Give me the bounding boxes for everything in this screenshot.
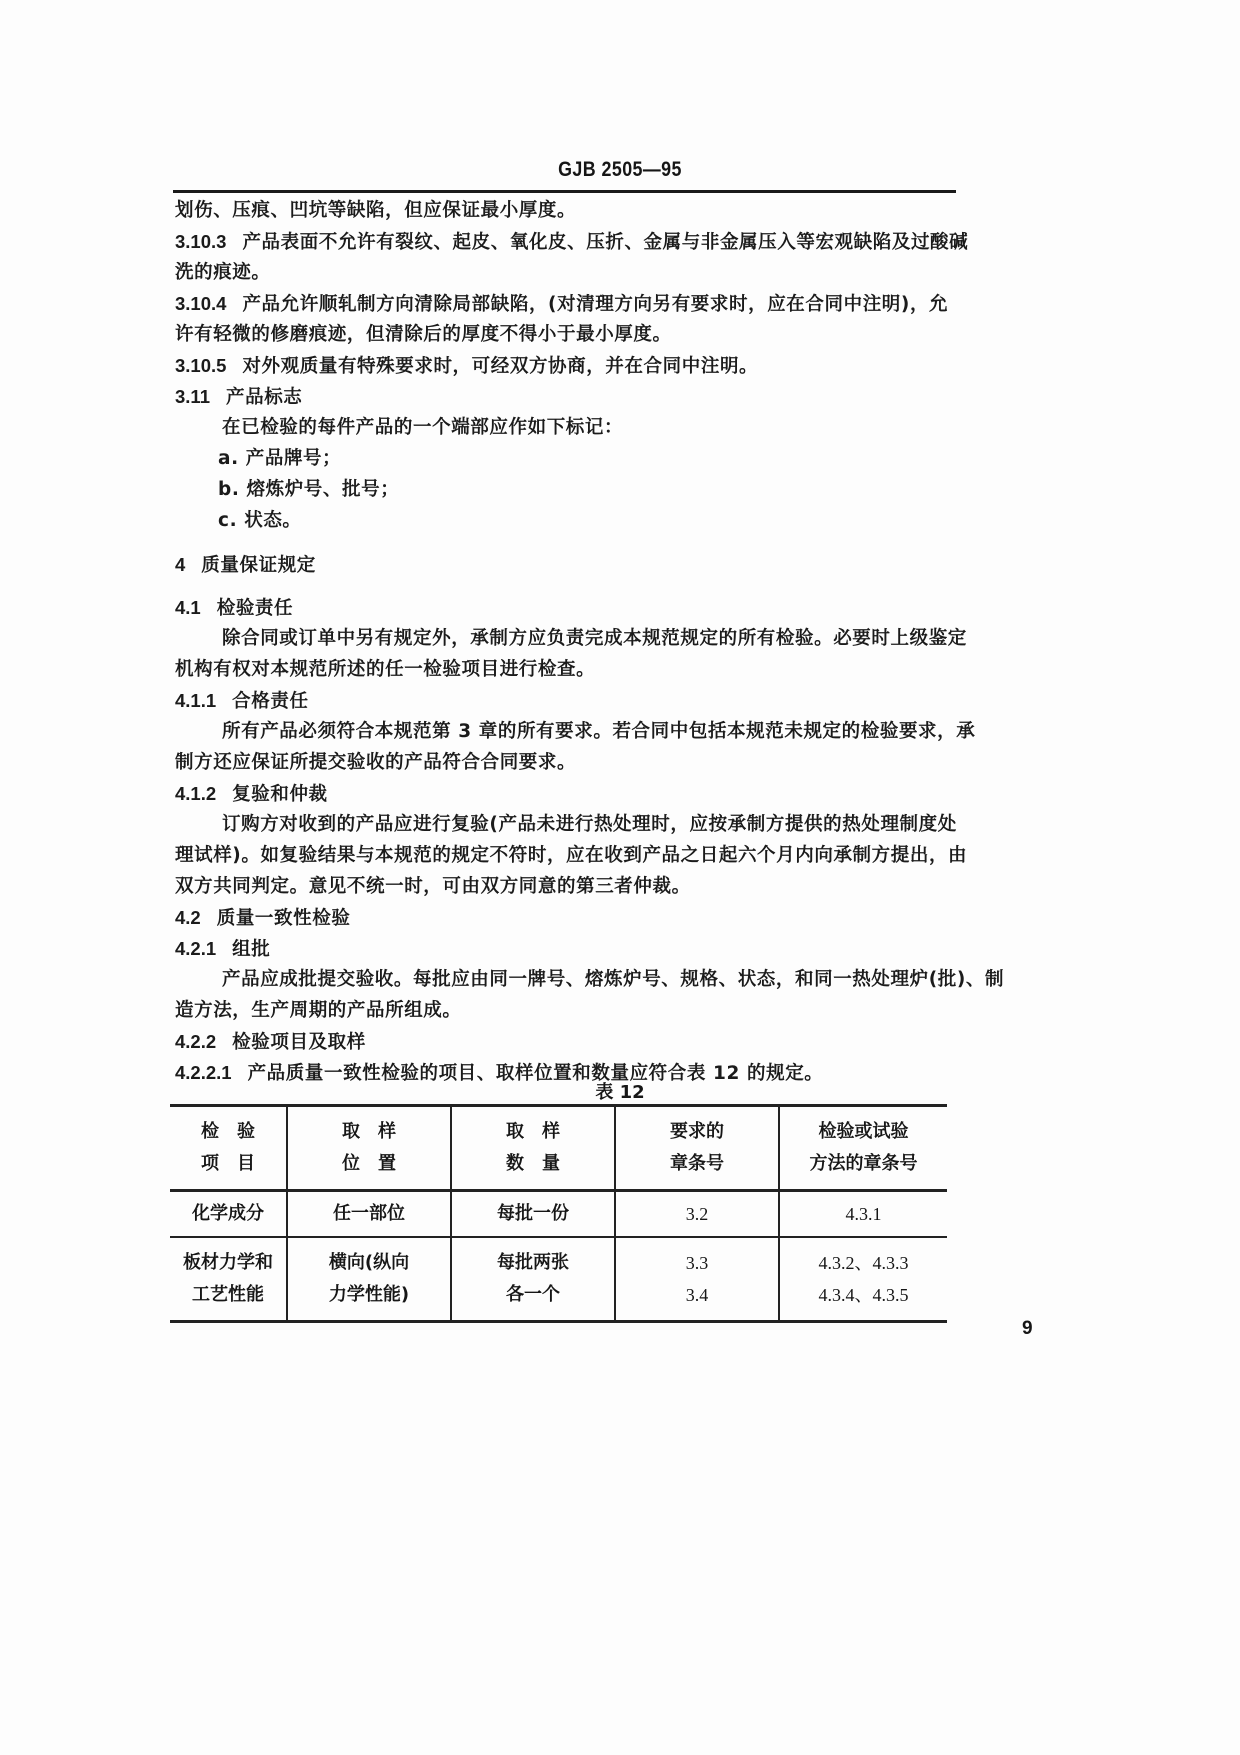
cell-requirement: 3.33.4 <box>615 1237 779 1322</box>
clause-3-10-4: 3.10.4产品允许顺轧制方向清除局部缺陷，(对清理方向另有要求时，应在合同中注… <box>175 294 948 315</box>
text-line: 双方共同判定。意见不统一时，可由双方同意的第三者仲裁。 <box>175 877 691 897</box>
clause-3-10-5: 3.10.5对外观质量有特殊要求时，可经双方协商，并在合同中注明。 <box>175 356 758 377</box>
list-item: b. 熔炼炉号、批号； <box>218 480 399 500</box>
text-line: 机构有权对本规范所述的任一检验项目进行检查。 <box>175 660 595 680</box>
document-page: GJB 2505—95 划伤、压痕、凹坑等缺陷，但应保证最小厚度。 3.10.3… <box>0 0 1240 1755</box>
header-test-method-clause: 检验或试验方法的章条号 <box>779 1106 947 1191</box>
chapter-4-heading: 4质量保证规定 <box>175 555 316 576</box>
table-row: 板材力学和工艺性能 横向(纵向力学性能) 每批两张各一个 3.33.4 4.3.… <box>170 1237 947 1322</box>
table-row: 化学成分 任一部位 每批一份 3.2 4.3.1 <box>170 1191 947 1238</box>
section-4-2-heading: 4.2质量一致性检验 <box>175 908 350 929</box>
inspection-table: 检 验项 目 取 样位 置 取 样数 量 要求的章条号 检验或试验方法的章条号 … <box>170 1104 947 1323</box>
cell-quantity: 每批两张各一个 <box>451 1237 615 1322</box>
cell-quantity: 每批一份 <box>451 1191 615 1238</box>
text-line: 许有轻微的修磨痕迹，但清除后的厚度不得小于最小厚度。 <box>175 325 672 345</box>
table-title: 表 12 <box>0 1078 1240 1104</box>
section-4-1-heading: 4.1检验责任 <box>175 598 293 619</box>
list-item: c. 状态。 <box>218 511 302 531</box>
page-number: 9 <box>1022 1318 1033 1340</box>
text-line: 理试样)。如复验结果与本规范的规定不符时，应在收到产品之日起六个月内向承制方提出… <box>175 846 967 866</box>
cell-requirement: 3.2 <box>615 1191 779 1238</box>
clause-3-10-3: 3.10.3产品表面不允许有裂纹、起皮、氧化皮、压折、金属与非金属压入等宏观缺陷… <box>175 232 968 253</box>
text-line: 订购方对收到的产品应进行复验(产品未进行热处理时，应按承制方提供的热处理制度处 <box>222 815 957 835</box>
text-line: 除合同或订单中另有规定外，承制方应负责完成本规范规定的所有检验。必要时上级鉴定 <box>222 629 967 649</box>
list-item: a. 产品牌号； <box>218 449 341 469</box>
cell-method: 4.3.1 <box>779 1191 947 1238</box>
text-line: 洗的痕迹。 <box>175 263 271 283</box>
cell-method: 4.3.2、4.3.34.3.4、4.3.5 <box>779 1237 947 1322</box>
clause-4-2-1-heading: 4.2.1组批 <box>175 939 270 960</box>
cell-item: 板材力学和工艺性能 <box>170 1237 287 1322</box>
section-3-11-heading: 3.11产品标志 <box>175 387 302 408</box>
text-line: 造方法，生产周期的产品所组成。 <box>175 1001 462 1021</box>
clause-4-1-2-heading: 4.1.2复验和仲裁 <box>175 784 328 805</box>
text-line: 在已检验的每件产品的一个端部应作如下标记： <box>222 418 623 438</box>
cell-location: 横向(纵向力学性能) <box>287 1237 451 1322</box>
header-requirement-clause: 要求的章条号 <box>615 1106 779 1191</box>
header-rule <box>173 190 956 193</box>
clause-4-2-2-heading: 4.2.2检验项目及取样 <box>175 1032 366 1053</box>
cell-location: 任一部位 <box>287 1191 451 1238</box>
header-inspection-item: 检 验项 目 <box>170 1106 287 1191</box>
text-line: 划伤、压痕、凹坑等缺陷，但应保证最小厚度。 <box>175 201 576 221</box>
cell-item: 化学成分 <box>170 1191 287 1238</box>
text-line: 产品应成批提交验收。每批应由同一牌号、熔炼炉号、规格、状态，和同一热处理炉(批)… <box>222 970 1004 990</box>
text-line: 制方还应保证所提交验收的产品符合合同要求。 <box>175 753 576 773</box>
standard-code-header: GJB 2505—95 <box>93 158 1147 182</box>
header-sampling-quantity: 取 样数 量 <box>451 1106 615 1191</box>
clause-4-1-1-heading: 4.1.1合格责任 <box>175 691 309 712</box>
table-header-row: 检 验项 目 取 样位 置 取 样数 量 要求的章条号 检验或试验方法的章条号 <box>170 1106 947 1191</box>
text-line: 所有产品必须符合本规范第 3 章的所有要求。若合同中包括本规范未规定的检验要求，… <box>222 722 975 742</box>
header-sampling-location: 取 样位 置 <box>287 1106 451 1191</box>
